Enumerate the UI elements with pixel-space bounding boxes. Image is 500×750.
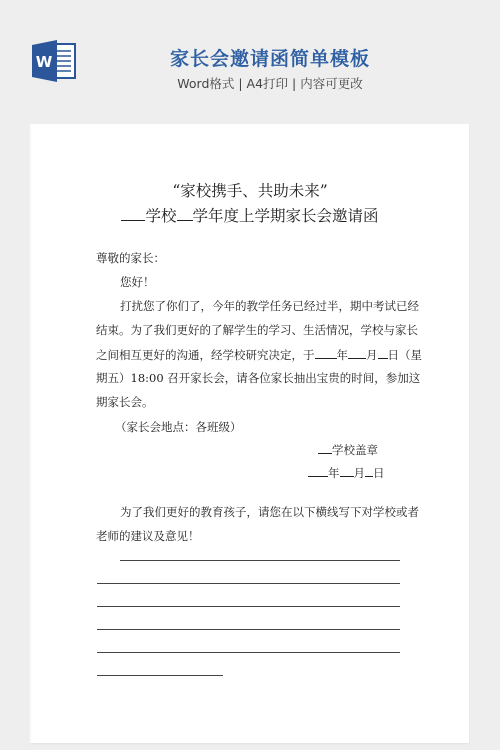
stamp-school-blank[interactable] [318,442,332,454]
page-subtitle: Word格式 | A4打印 | 内容可更改 [0,74,500,92]
answer-line-1[interactable] [120,560,400,561]
answer-line-5[interactable] [97,652,400,653]
location-note: （家长会地点：各班级） [115,420,420,434]
document-slogan: “家校携手、共助未来” [31,179,469,201]
answer-line-6[interactable] [97,675,223,676]
sign-month-blank[interactable] [340,465,354,477]
paragraph1-line5: 期家长会。 [96,395,401,409]
answer-line-2[interactable] [97,583,400,584]
meeting-day-blank[interactable] [378,347,388,359]
school-name-blank[interactable] [121,206,145,221]
document-page: “家校携手、共助未来” 学校学年度上学期家长会邀请函 尊敬的家长： 您好！ 打扰… [31,124,469,743]
school-stamp-line: 学校盖章 [318,442,378,457]
header: W 家长会邀请函简单模板 Word格式 | A4打印 | 内容可更改 [0,0,500,120]
salutation: 尊敬的家长： [96,251,401,265]
paragraph1-line4: 期五）18:00 召开家长会，请各位家长抽出宝贵的时间，参加这 [96,371,401,385]
paragraph1-line3: 之间相互更好的沟通，经学校研究决定，于年月日（星 [96,347,401,362]
sign-year-blank[interactable] [308,465,328,477]
meeting-year-blank[interactable] [315,347,337,359]
request-line2: 老师的建议及意见！ [96,529,401,543]
paragraph1-line1: 打扰您了你们了，今年的教学任务已经过半，期中考试已经 [120,299,425,313]
signature-date-line: 年月日 [308,465,385,480]
school-year-blank[interactable] [177,206,193,221]
meeting-month-blank[interactable] [348,347,366,359]
sign-day-blank[interactable] [365,465,373,477]
paragraph1-line2: 结束。为了我们更好的了解学生的学习、生活情况，学校与家长 [96,323,401,337]
page-title: 家长会邀请函简单模板 [0,44,500,71]
answer-line-4[interactable] [97,629,400,630]
document-title: 学校学年度上学期家长会邀请函 [31,204,469,226]
greeting: 您好！ [120,275,425,289]
request-line1: 为了我们更好的教育孩子，请您在以下横线写下对学校或者 [120,505,425,519]
answer-line-3[interactable] [97,606,400,607]
